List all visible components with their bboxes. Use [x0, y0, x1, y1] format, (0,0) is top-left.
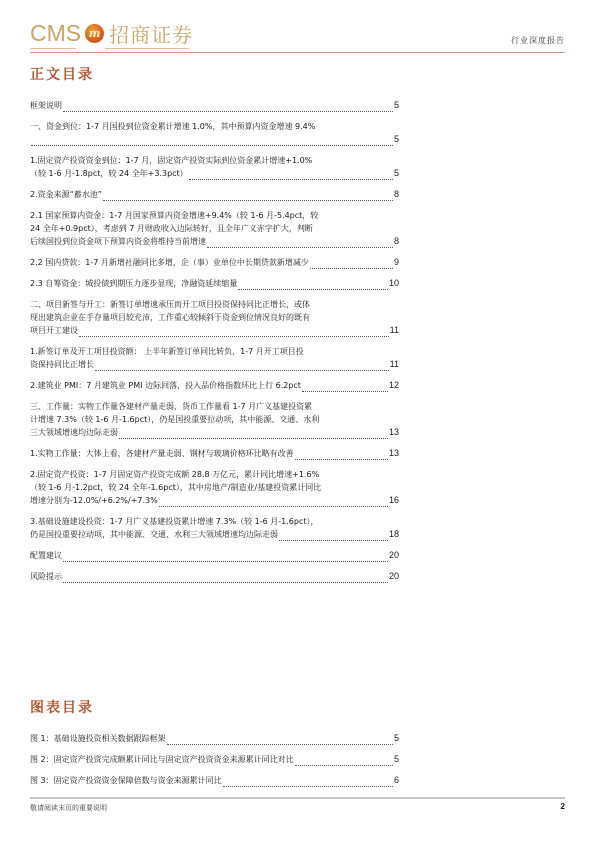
main-toc-title: 正文目录	[30, 64, 94, 84]
toc-entry-text: 3.基础设施建设投资：1-7 月广义基建投资累计增速 7.3%（较 1-6 月-…	[30, 515, 399, 528]
toc-entry-link[interactable]: 框架说明5	[30, 99, 399, 112]
toc-entry-text: 三大领域增速均边际走弱	[30, 426, 118, 439]
toc-entry-text: 后续国投到位资金项下预算内资金将维持当前增速	[30, 235, 206, 248]
toc-page-number: 16	[389, 494, 399, 507]
toc-page-number: 5	[394, 732, 399, 745]
dot-leader	[295, 450, 388, 460]
toc-entry-link[interactable]: 图 2：固定资产投资完成额累计同比与固定资产投资资金来源累计同比对比5	[30, 753, 399, 766]
dot-leader	[295, 756, 393, 766]
toc-entry-link[interactable]: 3.基础设施建设投资：1-7 月广义基建投资累计增速 7.3%（较 1-6 月-…	[30, 515, 399, 541]
dot-leader	[63, 552, 388, 562]
toc-entry-text: 1.固定资产投资资金到位：1-7 月，固定资产投资实际到位资金累计增速+1.0%	[30, 154, 399, 167]
toc-page-number: 5	[394, 753, 399, 766]
page-header: CMS m 招商证券 行业深度报告	[30, 18, 565, 54]
toc-page-number: 5	[394, 167, 399, 180]
toc-entry-text: 计增速 7.3%（较 1-6 月-1.6pct），仍是国投重要拉动项，其中能源、…	[30, 413, 399, 426]
toc-page-number: 6	[394, 774, 399, 787]
dot-leader	[103, 191, 393, 201]
report-type-label: 行业深度报告	[511, 35, 565, 46]
toc-entry-link[interactable]: 2.资金来源“蓄水池”8	[30, 188, 399, 201]
toc-page-number: 20	[389, 549, 399, 562]
toc-page-number: 11	[390, 358, 399, 371]
dot-leader	[79, 327, 389, 337]
toc-entry-text: 二、项目新签与开工：新签订单增速承压而开工项目投资保持同比正增长，或体	[30, 298, 399, 311]
toc-entry-text: 2.建筑业 PMI：7 月建筑业 PMI 边际回落，投入品价格指数环比上行 6.…	[30, 379, 301, 392]
toc-entry-text: 2.3 自筹资金：城投债到期压力逐步显现，净融资延续缩量	[30, 277, 237, 290]
toc-entry-text: 三、工作量：实物工作量各建材产量走弱，货币工作量看 1-7 月广义基建投资累	[30, 400, 399, 413]
toc-entry-link[interactable]: 1.固定资产投资资金到位：1-7 月，固定资产投资实际到位资金累计增速+1.0%…	[30, 154, 399, 180]
toc-entry-text: 2.资金来源“蓄水池”	[30, 188, 102, 201]
dot-leader	[223, 777, 393, 787]
logo-underline	[30, 48, 76, 49]
dot-leader	[159, 497, 388, 507]
toc-entry-text: 项目开工建设	[30, 324, 78, 337]
toc-entry-text: 2.固定资产投资：1-7 月固定资产投资完成额 28.8 万亿元，累计同比增速+…	[30, 468, 399, 481]
toc-page-number: 9	[394, 256, 399, 269]
header-divider	[30, 52, 565, 53]
dot-leader	[31, 136, 393, 146]
footer-disclaimer: 敬请阅读末页的重要说明	[30, 803, 107, 813]
logo-latin-text: CMS	[30, 20, 81, 47]
logo-emblem-icon: m	[85, 24, 104, 43]
toc-entry-text: 资保持同比正增长	[30, 358, 94, 371]
dot-leader	[207, 238, 393, 248]
dot-leader	[95, 361, 389, 371]
toc-entry-text: 2.1 国家预算内资金：1-7 月国家预算内资金增速+9.4%（较 1-6 月-…	[30, 209, 399, 222]
toc-entry-link[interactable]: 2.固定资产投资：1-7 月固定资产投资完成额 28.8 万亿元，累计同比增速+…	[30, 468, 399, 507]
toc-entry-link[interactable]: 图 3：固定资产投资资金保障倍数与资金来源累计同比6	[30, 774, 399, 787]
toc-entry-text: 现出建筑企业在手存量项目较充沛，工作重心较倾斜于资金到位情况良好的既有	[30, 311, 399, 324]
toc-entry-text: 增速分别为-12.0%/+6.2%/+7.3%	[30, 494, 158, 507]
toc-page-number: 5	[394, 99, 399, 112]
toc-entry-text: 风险提示	[30, 570, 62, 583]
dot-leader	[189, 170, 393, 180]
toc-page-number: 11	[390, 324, 399, 337]
toc-entry-text: 1.实物工作量：大体上看，各建材产量走弱、钢材与玻璃价格环比略有改善	[30, 447, 294, 460]
toc-entry-link[interactable]: 2.1 国家预算内资金：1-7 月国家预算内资金增速+9.4%（较 1-6 月-…	[30, 209, 399, 248]
toc-entry-text: 图 1：基础设施投资相关数据跟踪框架	[30, 732, 166, 745]
toc-page-number: 8	[394, 235, 399, 248]
toc-page-number: 10	[389, 277, 399, 290]
toc-page-number: 12	[389, 379, 399, 392]
toc-page-number: 18	[389, 528, 399, 541]
dot-leader	[167, 735, 393, 745]
figure-toc: 图 1：基础设施投资相关数据跟踪框架5图 2：固定资产投资完成额累计同比与固定资…	[30, 732, 399, 795]
toc-page-number: 20	[389, 570, 399, 583]
toc-entry-link[interactable]: 2.建筑业 PMI：7 月建筑业 PMI 边际回落，投入品价格指数环比上行 6.…	[30, 379, 399, 392]
main-toc: 框架说明5一、资金到位：1-7 月国投到位资金累计增速 1.0%，其中预算内资金…	[30, 99, 399, 591]
toc-entry-link[interactable]: 三、工作量：实物工作量各建材产量走弱，货币工作量看 1-7 月广义基建投资累计增…	[30, 400, 399, 439]
toc-entry-text: 框架说明	[30, 99, 62, 112]
toc-entry-link[interactable]: 一、资金到位：1-7 月国投到位资金累计增速 1.0%，其中预算内资金增速 9.…	[30, 120, 399, 146]
dot-leader	[63, 102, 393, 112]
toc-entry-link[interactable]: 2.3 自筹资金：城投债到期压力逐步显现，净融资延续缩量10	[30, 277, 399, 290]
toc-entry-link[interactable]: 风险提示20	[30, 570, 399, 583]
toc-entry-link[interactable]: 配置建议20	[30, 549, 399, 562]
dot-leader	[302, 382, 388, 392]
toc-entry-text: （较 1-6 月-1.2pct，较 24 全年-1.6pct），其中房地产/制造…	[30, 481, 399, 494]
toc-page-number: 13	[389, 426, 399, 439]
footer-divider	[30, 797, 565, 799]
logo-chinese-text: 招商证券	[109, 19, 193, 48]
toc-entry-text: 一、资金到位：1-7 月国投到位资金累计增速 1.0%，其中预算内资金增速 9.…	[30, 120, 399, 133]
toc-entry-text: 2.2 国内贷款：1-7 月新增社融同比多增，企（事）业单位中长期贷款新增减少	[30, 256, 309, 269]
dot-leader	[279, 531, 388, 541]
toc-entry-text: 配置建议	[30, 549, 62, 562]
toc-entry-text: 图 2：固定资产投资完成额累计同比与固定资产投资资金来源累计同比对比	[30, 753, 294, 766]
toc-entry-link[interactable]: 二、项目新签与开工：新签订单增速承压而开工项目投资保持同比正增长，或体现出建筑企…	[30, 298, 399, 337]
toc-entry-link[interactable]: 1.实物工作量：大体上看，各建材产量走弱、钢材与玻璃价格环比略有改善13	[30, 447, 399, 460]
cms-logo: CMS m 招商证券	[30, 18, 193, 48]
figure-toc-title: 图表目录	[30, 697, 94, 717]
toc-entry-text: 仍是国投重要拉动项，其中能源、交通、水利三大领域增速均边际走弱	[30, 528, 278, 541]
toc-page-number: 5	[394, 133, 399, 146]
toc-entry-text: （较 1-6 月-1.8pct，较 24 全年+3.3pct）	[30, 167, 188, 180]
logo-underline	[105, 48, 189, 49]
toc-page-number: 8	[394, 188, 399, 201]
page-number: 2	[561, 802, 565, 811]
toc-entry-link[interactable]: 图 1：基础设施投资相关数据跟踪框架5	[30, 732, 399, 745]
toc-entry-text: 1.新签订单及开工项目投资额： 上半年新签订单同比转负，1-7 月开工项目投	[30, 345, 399, 358]
dot-leader	[310, 259, 393, 269]
toc-entry-text: 图 3：固定资产投资资金保障倍数与资金来源累计同比	[30, 774, 222, 787]
toc-entry-text: 24 全年+0.9pct），考虑到 7 月财政收入边际转好，且全年广义赤字扩大，…	[30, 222, 399, 235]
dot-leader	[119, 429, 388, 439]
toc-entry-link[interactable]: 1.新签订单及开工项目投资额： 上半年新签订单同比转负，1-7 月开工项目投资保…	[30, 345, 399, 371]
dot-leader	[63, 573, 388, 583]
toc-entry-link[interactable]: 2.2 国内贷款：1-7 月新增社融同比多增，企（事）业单位中长期贷款新增减少9	[30, 256, 399, 269]
toc-page-number: 13	[389, 447, 399, 460]
dot-leader	[238, 280, 388, 290]
